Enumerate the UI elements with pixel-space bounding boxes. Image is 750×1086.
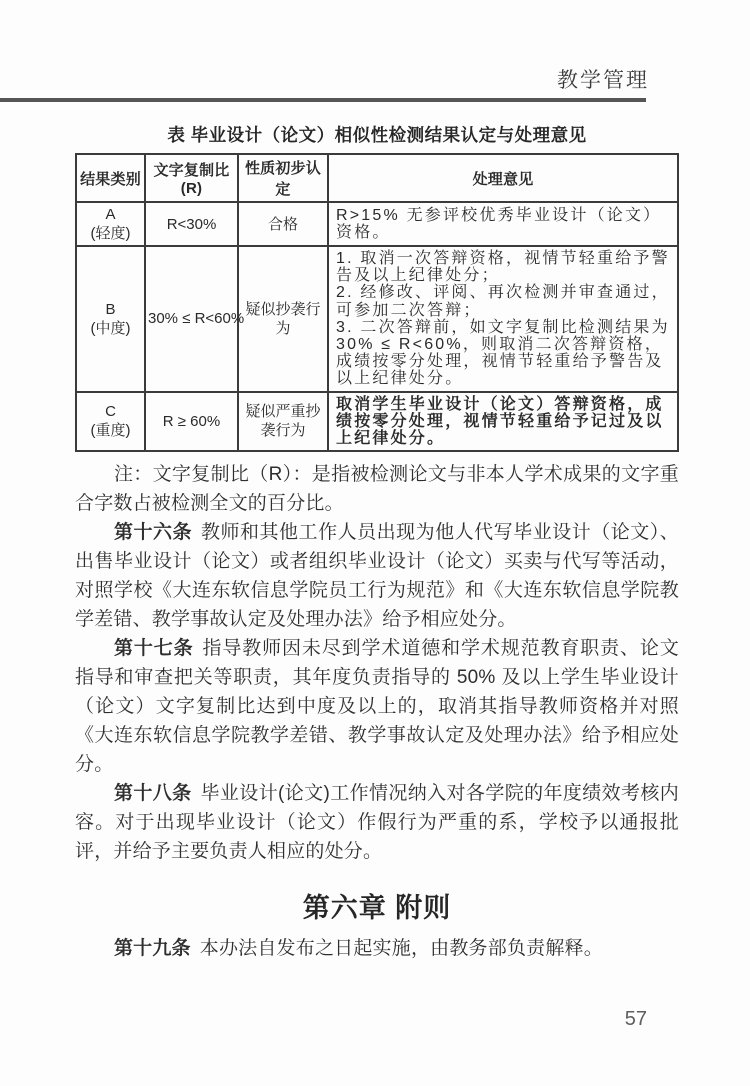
cell-category-a: A (轻度)	[76, 202, 145, 246]
article-18-paragraph: 第十八条毕业设计(论文)工作情况纳入对各学院的年度绩效考核内容。对于出现毕业设计…	[75, 779, 679, 866]
article-19-text: 本办法自发布之日起实施，由教务部负责解释。	[200, 938, 603, 959]
column-header-initial-nature: 性质初步认定	[238, 154, 328, 202]
article-18-number: 第十八条	[114, 783, 192, 804]
header-rule	[0, 98, 646, 102]
cell-ratio-a: R<30%	[145, 202, 238, 246]
column-header-result-category: 结果类别	[76, 154, 145, 202]
cell-action-c: 取消学生毕业设计（论文）答辩资格，成绩按零分处理，视情节轻重给予记过及以上纪律处…	[328, 392, 678, 452]
table-row-c: C (重度) R ≥ 60% 疑似严重抄袭行为 取消学生毕业设计（论文）答辩资格…	[76, 392, 678, 452]
article-17-number: 第十七条	[114, 638, 194, 659]
article-19-number: 第十九条	[114, 938, 191, 959]
cell-ratio-c: R ≥ 60%	[145, 392, 238, 452]
cell-action-a: R>15% 无参评校优秀毕业设计（论文）资格。	[328, 202, 678, 246]
article-16-number: 第十六条	[114, 522, 192, 543]
cell-nature-b: 疑似抄袭行为	[238, 246, 328, 392]
cell-category-c: C (重度)	[76, 392, 145, 452]
cell-category-b: B (中度)	[76, 246, 145, 392]
column-header-handling-opinion: 处理意见	[328, 154, 678, 202]
table-caption: 表 毕业设计（论文）相似性检测结果认定与处理意见	[75, 124, 679, 146]
article-16-paragraph: 第十六条教师和其他工作人员出现为他人代写毕业设计（论文）、出售毕业设计（论文）或…	[75, 518, 679, 634]
page-header-title: 教学管理	[557, 64, 649, 94]
chapter-title: 第六章 附则	[75, 888, 679, 928]
article-19-paragraph: 第十九条本办法自发布之日起实施，由教务部负责解释。	[75, 934, 679, 963]
cell-nature-c: 疑似严重抄袭行为	[238, 392, 328, 452]
column-header-copy-ratio: 文字复制比 (R)	[145, 154, 238, 202]
cell-ratio-b: 30% ≤ R<60%	[145, 246, 238, 392]
cell-nature-a: 合格	[238, 202, 328, 246]
table-row-a: A (轻度) R<30% 合格 R>15% 无参评校优秀毕业设计（论文）资格。	[76, 202, 678, 246]
document-page: 教学管理 表 毕业设计（论文）相似性检测结果认定与处理意见 结果类别 文字复制比…	[0, 0, 750, 1086]
table-row-b: B (中度) 30% ≤ R<60% 疑似抄袭行为 1. 取消一次答辩资格，视情…	[76, 246, 678, 392]
similarity-result-table: 结果类别 文字复制比 (R) 性质初步认定 处理意见 A (轻度) R<30% …	[75, 153, 679, 452]
table-header-row: 结果类别 文字复制比 (R) 性质初步认定 处理意见	[76, 154, 678, 202]
note-paragraph: 注：文字复制比（R）：是指被检测论文与非本人学术成果的文字重合字数占被检测全文的…	[75, 460, 679, 518]
content-area: 表 毕业设计（论文）相似性检测结果认定与处理意见 结果类别 文字复制比 (R) …	[75, 124, 679, 963]
article-17-paragraph: 第十七条指导教师因未尽到学术道德和学术规范教育职责、论文指导和审查把关等职责，其…	[75, 634, 679, 779]
page-number: 57	[625, 1008, 647, 1031]
cell-action-b: 1. 取消一次答辩资格，视情节轻重给予警告及以上纪律处分； 2. 经修改、评阅、…	[328, 246, 678, 392]
